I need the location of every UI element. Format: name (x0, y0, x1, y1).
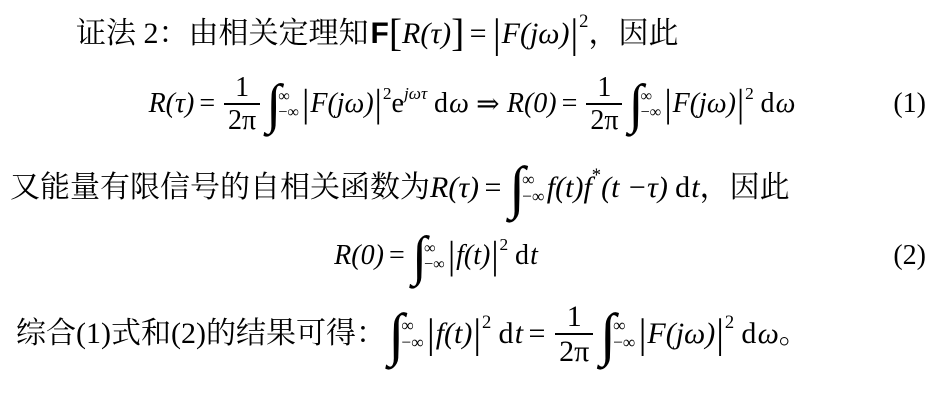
spectrum-function: F(jω) (673, 88, 736, 120)
therefore-text: ，因此 (700, 170, 790, 206)
fraction-numerator: 1 (591, 72, 617, 103)
lhs-autocorrelation-zero: R(0) (334, 240, 384, 272)
differential-d: d (741, 316, 756, 352)
fraction-denominator: 2π (555, 333, 594, 369)
time-variable: t (515, 316, 523, 352)
proof-method-label: 证法 2： (76, 16, 189, 52)
right-abs-bar: | (737, 85, 744, 124)
transform-argument: R(τ) (402, 16, 451, 52)
superscript-two: 2 (579, 13, 588, 32)
differential-d: d (761, 88, 775, 120)
paragraph-proof-intro: 证法 2： 由相关定理知 F [ R(τ) ] = | F(jω) | 2 ，因… (76, 14, 944, 54)
superscript-two: 2 (725, 314, 734, 333)
integral-limits: ∞ −∞ (278, 88, 299, 120)
superscript-two: 2 (482, 314, 491, 333)
conclusion-text: 综合(1)式和(2)的结果可得： (16, 316, 386, 352)
integral-limits: ∞ −∞ (424, 240, 445, 272)
integral-limits: ∞ −∞ (522, 171, 544, 206)
equals-sign: = (562, 88, 578, 120)
integral-operator: ∫ ∞ −∞ (412, 230, 445, 282)
left-abs-bar: | (639, 314, 647, 355)
superscript-two: 2 (500, 236, 509, 253)
upper-limit: ∞ (640, 88, 661, 104)
lhs-autocorrelation-zero: R(0) (507, 88, 557, 120)
right-abs-bar: | (570, 13, 578, 54)
equation-1-row: R(τ) = 1 2π ∫ ∞ −∞ | F(jω) | 2 e jωτ d ω… (0, 72, 944, 137)
differential-d: d (675, 170, 690, 206)
time-variable: t (530, 240, 538, 272)
math-document-page: 证法 2： 由相关定理知 F [ R(τ) ] = | F(jω) | 2 ，因… (0, 0, 944, 401)
left-abs-bar: | (302, 85, 309, 124)
equation-1-number: (1) (893, 88, 926, 120)
conjugate-factor-argument: (t −τ) (601, 170, 668, 206)
integral-operator: ∫ ∞ −∞ (629, 78, 662, 130)
conjugate-factor-base: f (583, 170, 591, 206)
equals-sign: = (484, 170, 501, 206)
equals-sign: = (470, 16, 487, 52)
integral-limits: ∞ −∞ (613, 317, 635, 352)
left-abs-bar: | (664, 85, 671, 124)
fraction-denominator: 2π (586, 103, 622, 136)
right-abs-bar: | (716, 314, 724, 355)
integral-operator: ∫ ∞ −∞ (509, 160, 544, 216)
left-abs-bar: | (427, 314, 435, 355)
formula-equation-2: R(0) = ∫ ∞ −∞ | f(t) | 2 d t (334, 230, 538, 282)
left-square-bracket: [ (389, 14, 402, 54)
right-abs-bar: | (491, 236, 498, 275)
spectrum-function: F(jω) (310, 88, 373, 120)
fraction-one-over-two-pi: 1 2π (586, 72, 622, 137)
lower-limit: −∞ (640, 104, 661, 120)
lower-limit: −∞ (278, 104, 299, 120)
full-stop: 。 (779, 316, 809, 352)
fraction-numerator: 1 (229, 72, 255, 103)
lower-limit: −∞ (613, 334, 635, 351)
fraction-one-over-two-pi: 1 2π (224, 72, 260, 137)
lower-limit: −∞ (401, 334, 423, 351)
integral-operator: ∫ ∞ −∞ (600, 307, 635, 363)
equals-sign: = (199, 88, 215, 120)
signal-function: f(t) (456, 240, 490, 272)
superscript-two: 2 (745, 85, 754, 102)
exponential-power: jωτ (404, 85, 427, 102)
therefore-text: ，因此 (588, 16, 678, 52)
right-abs-bar: | (375, 85, 382, 124)
integral-operator: ∫ ∞ −∞ (388, 307, 423, 363)
fraction-one-over-two-pi: 1 2π (555, 300, 594, 369)
omega-variable: ω (776, 88, 796, 120)
lower-limit: −∞ (424, 256, 445, 272)
omega-variable: ω (758, 316, 779, 352)
differential-d: d (434, 88, 448, 120)
integral-limits: ∞ −∞ (401, 317, 423, 352)
autocorrelation-text: 又能量有限信号的自相关函数为 (10, 170, 430, 206)
implies-arrow: ⇒ (476, 87, 499, 121)
signal-function: f(t) (436, 316, 473, 352)
fraction-denominator: 2π (224, 103, 260, 136)
paragraph-conclusion: 综合(1)式和(2)的结果可得： ∫ ∞ −∞ | f(t) | 2 d t =… (16, 300, 944, 369)
fourier-operator: F (371, 16, 389, 52)
equals-sign: = (389, 240, 405, 272)
spectrum-function: F(jω) (647, 316, 715, 352)
superscript-two: 2 (383, 85, 392, 102)
conjugate-star: * (592, 167, 601, 186)
formula-equation-1: R(τ) = 1 2π ∫ ∞ −∞ | F(jω) | 2 e jωτ d ω… (149, 72, 796, 137)
lhs-autocorrelation: R(τ) (149, 88, 195, 120)
paragraph-autocorrelation: 又能量有限信号的自相关函数为 R(τ) = ∫ ∞ −∞ f(t) f * (t… (10, 160, 944, 216)
omega-variable: ω (449, 88, 469, 120)
equation-2-row: R(0) = ∫ ∞ −∞ | f(t) | 2 d t (2) (0, 230, 944, 282)
left-abs-bar: | (448, 236, 455, 275)
integral-operator: ∫ ∞ −∞ (266, 78, 299, 130)
right-abs-bar: | (473, 314, 481, 355)
spectrum-function: F(jω) (502, 16, 570, 52)
signal-factor: f(t) (547, 170, 584, 206)
right-square-bracket: ] (451, 14, 464, 54)
equation-2-number: (2) (893, 240, 926, 272)
upper-limit: ∞ (278, 88, 299, 104)
integral-limits: ∞ −∞ (640, 88, 661, 120)
lhs-autocorrelation: R(τ) (430, 170, 479, 206)
time-variable: t (691, 170, 699, 206)
left-abs-bar: | (493, 13, 501, 54)
intro-text: 由相关定理知 (189, 16, 369, 52)
lower-limit: −∞ (522, 188, 544, 205)
upper-limit: ∞ (424, 240, 445, 256)
equals-sign: = (528, 316, 545, 352)
exponential-base: e (392, 88, 404, 120)
differential-d: d (499, 316, 514, 352)
differential-d: d (515, 240, 529, 272)
fraction-numerator: 1 (560, 300, 588, 334)
